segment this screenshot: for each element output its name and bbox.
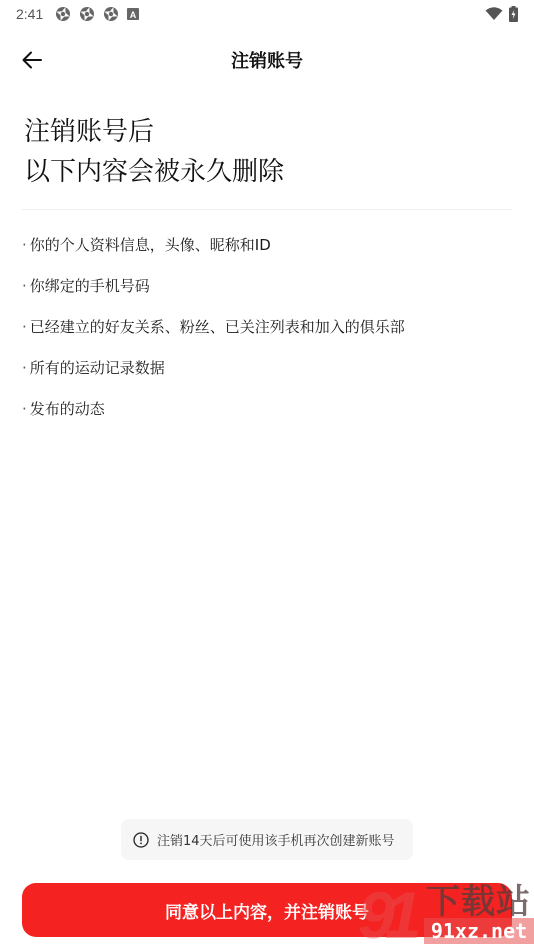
list-item-text: 所有的运动记录数据 xyxy=(30,359,165,377)
headline-line-1: 注销账号后 xyxy=(24,112,284,152)
bullet: · xyxy=(22,400,27,418)
notice-banner: 注销14天后可使用该手机再次创建新账号 xyxy=(121,819,413,860)
bullet: · xyxy=(22,236,27,254)
page-title: 注销账号 xyxy=(231,47,303,73)
app-notification-icon xyxy=(79,6,95,22)
bullet: · xyxy=(22,318,27,336)
list-item: ·你绑定的手机号码 xyxy=(22,274,512,315)
list-item-text: 你的个人资料信息，头像、昵称和ID xyxy=(30,236,271,254)
list-item-text: 你绑定的手机号码 xyxy=(30,277,150,295)
app-notification-icon xyxy=(103,6,119,22)
list-item-text: 已经建立的好友关系、粉丝、已关注列表和加入的俱乐部 xyxy=(30,318,405,336)
bullet: · xyxy=(22,359,27,377)
notice-text: 注销14天后可使用该手机再次创建新账号 xyxy=(157,830,395,849)
wifi-icon xyxy=(485,7,503,21)
list-item: ·发布的动态 xyxy=(22,397,512,438)
bullet: · xyxy=(22,277,27,295)
list-item-text: 发布的动态 xyxy=(30,400,105,418)
status-bar: 2:41 A xyxy=(0,0,534,28)
list-item: ·你的个人资料信息，头像、昵称和ID xyxy=(22,233,512,274)
confirm-delete-account-button[interactable]: 同意以上内容，并注销账号 xyxy=(22,883,512,937)
list-item: ·已经建立的好友关系、粉丝、已关注列表和加入的俱乐部 xyxy=(22,315,512,356)
svg-text:A: A xyxy=(130,10,137,20)
keyboard-a-icon: A xyxy=(127,8,139,20)
back-button[interactable] xyxy=(20,48,44,72)
headline: 注销账号后 以下内容会被永久删除 xyxy=(24,112,284,192)
deleted-items-list: ·你的个人资料信息，头像、昵称和ID ·你绑定的手机号码 ·已经建立的好友关系、… xyxy=(22,233,512,438)
status-notification-icons: A xyxy=(55,6,139,22)
app-notification-icon xyxy=(55,6,71,22)
status-system-icons xyxy=(485,6,518,22)
divider xyxy=(22,209,512,210)
list-item: ·所有的运动记录数据 xyxy=(22,356,512,397)
status-time: 2:41 xyxy=(16,6,43,22)
headline-line-2: 以下内容会被永久删除 xyxy=(24,152,284,192)
app-bar: 注销账号 xyxy=(0,38,534,82)
confirm-button-label: 同意以上内容，并注销账号 xyxy=(165,898,369,923)
info-circle-icon xyxy=(133,832,149,848)
battery-charging-icon xyxy=(509,6,518,22)
arrow-left-icon xyxy=(22,51,42,69)
